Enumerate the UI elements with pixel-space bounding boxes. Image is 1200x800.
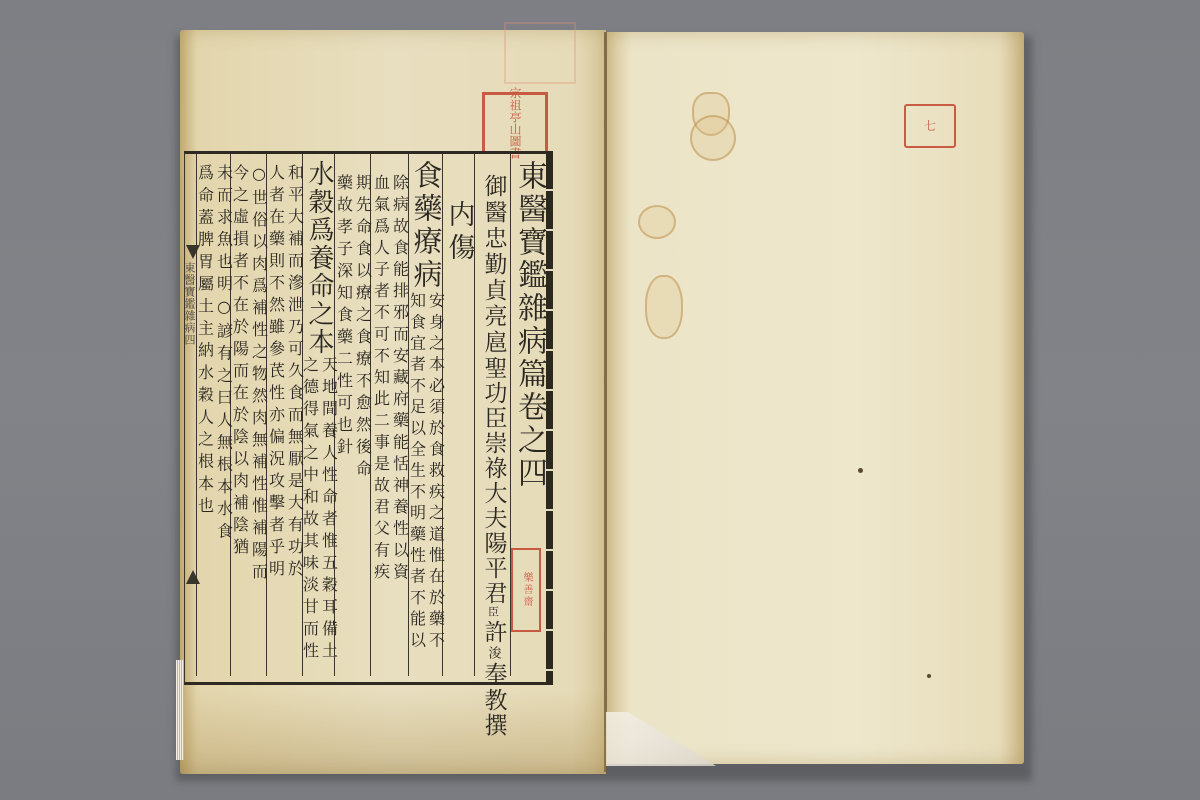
subheading-food-medicine: 食藥療病 bbox=[412, 160, 441, 292]
stain-3 bbox=[638, 205, 676, 239]
text-column-1: 食藥療病 安身之本必須於食救疾之道惟在於藥不 知食宜者不足以全生不明藥性者不能以 bbox=[408, 154, 443, 676]
library-seal-title: 樂善齋 bbox=[511, 548, 541, 632]
faded-seal bbox=[504, 22, 576, 84]
spot-1 bbox=[858, 468, 863, 473]
text-column-4: 水穀爲養命之本 天地間養人性命者惟五穀耳備土 之德得氣之中和故其味淡甘而性 bbox=[302, 154, 335, 676]
section-heading-column: 内傷 bbox=[442, 154, 475, 676]
text-column-3: 期先命食以療之食療不愈然後命 藥故孝子深知食藥二性可也針 bbox=[334, 154, 371, 676]
text-column-5: 和平大補而滲泄乃可久食而無厭是大有功於 人者在藥則不然雖參芪性亦偏況攻擊者乎明 bbox=[266, 154, 303, 676]
stain-4 bbox=[645, 275, 683, 339]
section-heading: 内傷 bbox=[446, 200, 473, 266]
subheading-grains: 水穀爲養命之本 bbox=[306, 160, 332, 356]
frame-right-rule bbox=[546, 151, 553, 685]
book-gutter bbox=[604, 32, 607, 772]
book-title: 東醫寶鑑雜病篇卷之四 bbox=[514, 160, 544, 490]
registry-seal-right: 七 bbox=[904, 104, 956, 148]
spot-2 bbox=[927, 674, 931, 678]
fold-label: 東醫寶鑑雜病四 bbox=[184, 262, 200, 682]
page-edges bbox=[176, 660, 184, 760]
right-page bbox=[606, 32, 1024, 764]
author-column: 御醫忠勤貞亮扈 聖功臣崇祿大夫陽平君 臣 許 浚 奉 教撰 bbox=[474, 154, 511, 676]
text-column-6: ○世俗以肉爲補性之物然肉無補性惟補陽而 今之虛損者不在於陽而在於陰以肉補陰猶 bbox=[230, 154, 267, 676]
stain-2 bbox=[690, 115, 736, 161]
text-column-7: 未而求魚也明○諺有之曰人無根本水食 爲命蓋脾胃屬土主納水穀人之根本也 bbox=[196, 154, 231, 676]
collector-seal-top: 宗祖亭山圖書 bbox=[482, 92, 548, 154]
text-column-2: 除病故食能排邪而安藏府藥能恬神養性以資 血氣爲人子者不可不知此二事是故君父有疾 bbox=[370, 154, 409, 676]
water-stain-bottom bbox=[180, 690, 606, 774]
